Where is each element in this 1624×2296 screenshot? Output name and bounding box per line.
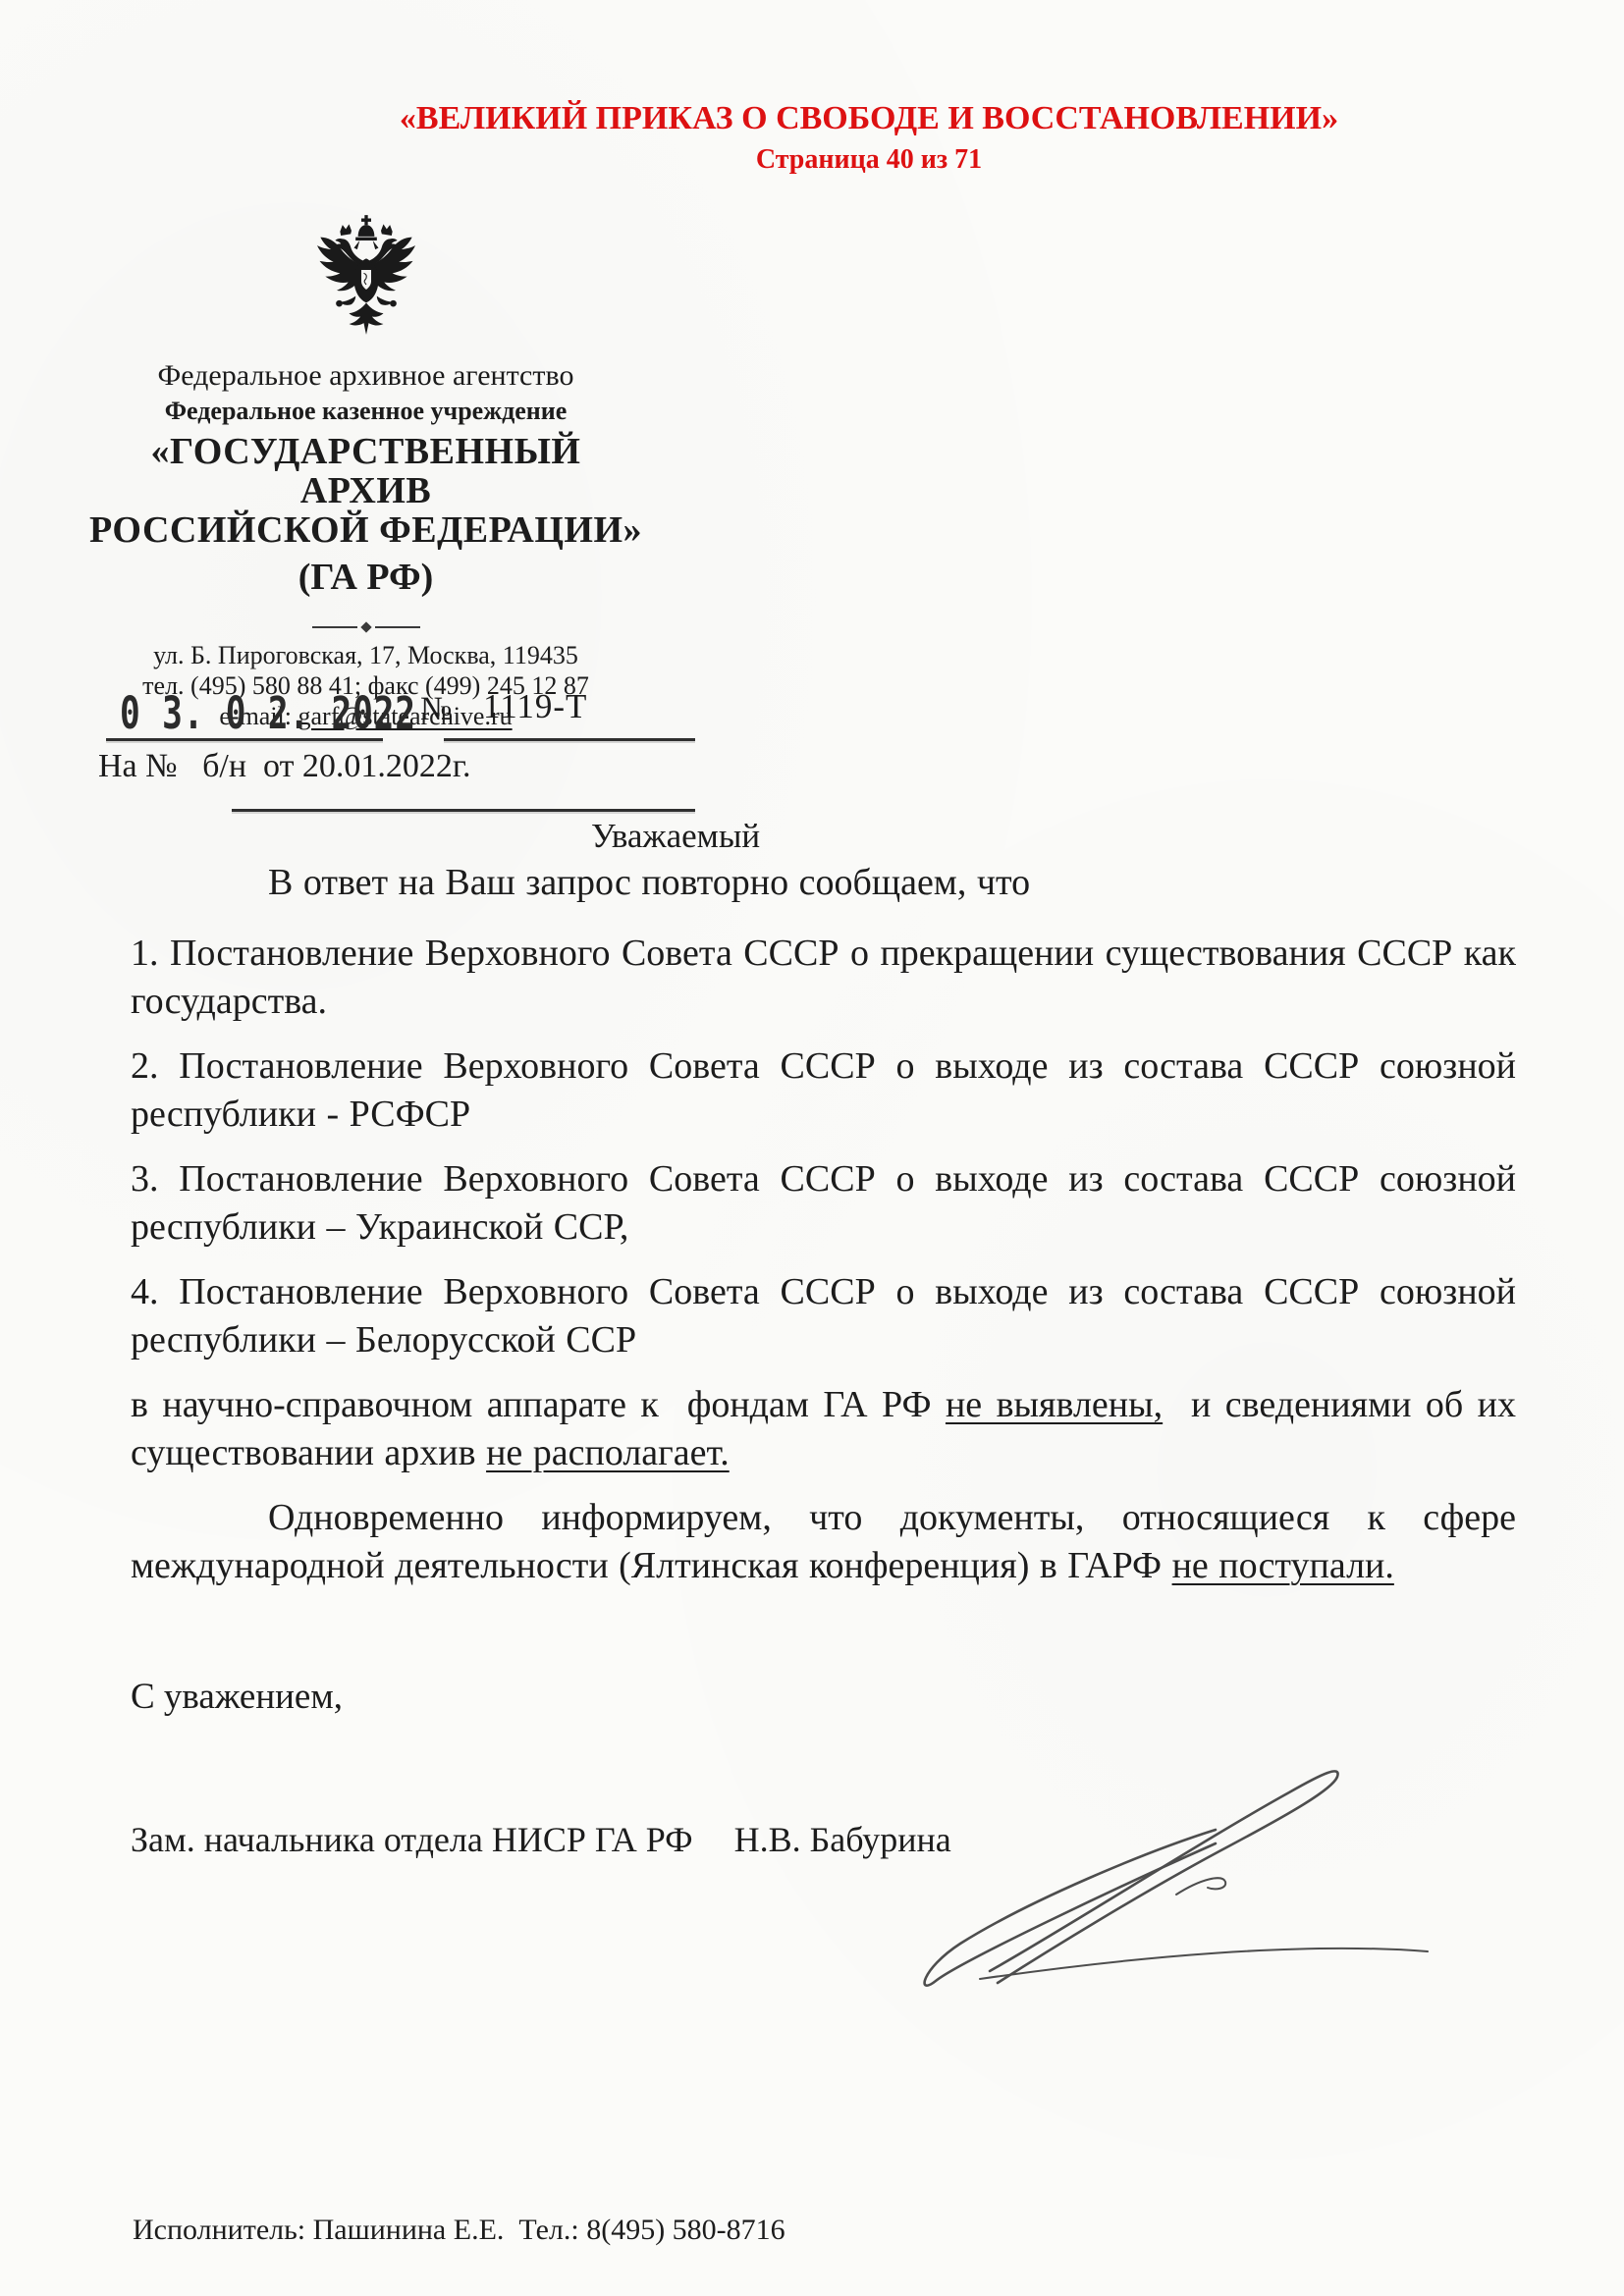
org-name-line1: «ГОСУДАРСТВЕННЫЙ АРХИВ xyxy=(88,432,643,510)
scanned-letter-page: «ВЕЛИКИЙ ПРИКАЗ О СВОБОДЕ И ВОССТАНОВЛЕН… xyxy=(0,0,1624,2296)
ruled-line xyxy=(444,738,695,741)
reply-reference: На № б/н от 20.01.2022г. xyxy=(98,748,471,785)
divider-line xyxy=(375,626,420,628)
scan-header: «ВЕЛИКИЙ ПРИКАЗ О СВОБОДЕ И ВОССТАНОВЛЕН… xyxy=(329,98,1409,177)
salutation: Уважаемый xyxy=(591,817,760,856)
body-paragraph: 1. Постановление Верховного Совета СССР … xyxy=(131,930,1516,1026)
ruled-line xyxy=(232,809,695,812)
document-title: «ВЕЛИКИЙ ПРИКАЗ О СВОБОДЕ И ВОССТАНОВЛЕН… xyxy=(329,98,1409,139)
body-paragraph: в научно-справочном аппарате к фондам ГА… xyxy=(131,1381,1516,1477)
paragraph-text: В ответ на Ваш запрос повторно сообщаем,… xyxy=(268,862,1030,903)
postal-address: ул. Б. Пироговская, 17, Москва, 119435 xyxy=(88,640,643,670)
body-paragraph: 3. Постановление Верховного Совета СССР … xyxy=(131,1155,1516,1252)
letter-body: В ответ на Ваш запрос повторно сообщаем,… xyxy=(131,859,1516,1607)
agency-name: Федеральное архивное агентство xyxy=(88,359,643,393)
executor-line: Исполнитель: Пашинина Е.Е. Тел.: 8(495) … xyxy=(133,2214,785,2247)
institution-type: Федеральное казенное учреждение xyxy=(88,397,643,426)
org-name-line2: РОССИЙСКОЙ ФЕДЕРАЦИИ» xyxy=(88,510,643,550)
underlined-phrase: не располагает. xyxy=(486,1432,730,1473)
coat-of-arms-eagle-icon xyxy=(317,212,415,347)
paragraph-text: 4. Постановление Верховного Совета СССР … xyxy=(131,1271,1516,1361)
underlined-phrase: не выявлены, xyxy=(946,1384,1163,1425)
outgoing-number: 1119-Т xyxy=(483,687,587,726)
ruled-line xyxy=(106,738,383,741)
divider-line xyxy=(312,626,357,628)
date-stamp: 0 3. 0 2. 2022 xyxy=(120,687,416,739)
diamond-icon xyxy=(360,621,371,632)
body-paragraph: Одновременно информируем, что документы,… xyxy=(131,1494,1516,1590)
signoff-row: Зам. начальника отдела НИСР ГА РФН.В. Ба… xyxy=(131,1819,951,1860)
underlined-phrase: не поступали. xyxy=(1172,1545,1394,1586)
number-sign: № xyxy=(420,691,452,728)
page-counter: Страница 40 из 71 xyxy=(329,143,1409,177)
paragraph-text: 3. Постановление Верховного Совета СССР … xyxy=(131,1158,1516,1248)
handwritten-signature-icon xyxy=(882,1735,1434,2002)
body-paragraph: В ответ на Ваш запрос повторно сообщаем,… xyxy=(131,859,1516,907)
paragraph-text: 2. Постановление Верховного Совета СССР … xyxy=(131,1045,1516,1135)
ornament-divider xyxy=(88,622,643,632)
body-paragraph: 4. Постановление Верховного Совета СССР … xyxy=(131,1268,1516,1364)
letterhead: Федеральное архивное агентство Федеральн… xyxy=(88,212,643,731)
paragraph-text: в научно-справочном аппарате к фондам ГА… xyxy=(131,1384,946,1425)
signer-position: Зам. начальника отдела НИСР ГА РФ xyxy=(131,1820,693,1859)
closing-phrase: С уважением, xyxy=(131,1676,343,1718)
org-abbreviation: (ГА РФ) xyxy=(88,558,643,597)
paragraph-text: 1. Постановление Верховного Совета СССР … xyxy=(131,933,1516,1022)
body-paragraph: 2. Постановление Верховного Совета СССР … xyxy=(131,1042,1516,1139)
